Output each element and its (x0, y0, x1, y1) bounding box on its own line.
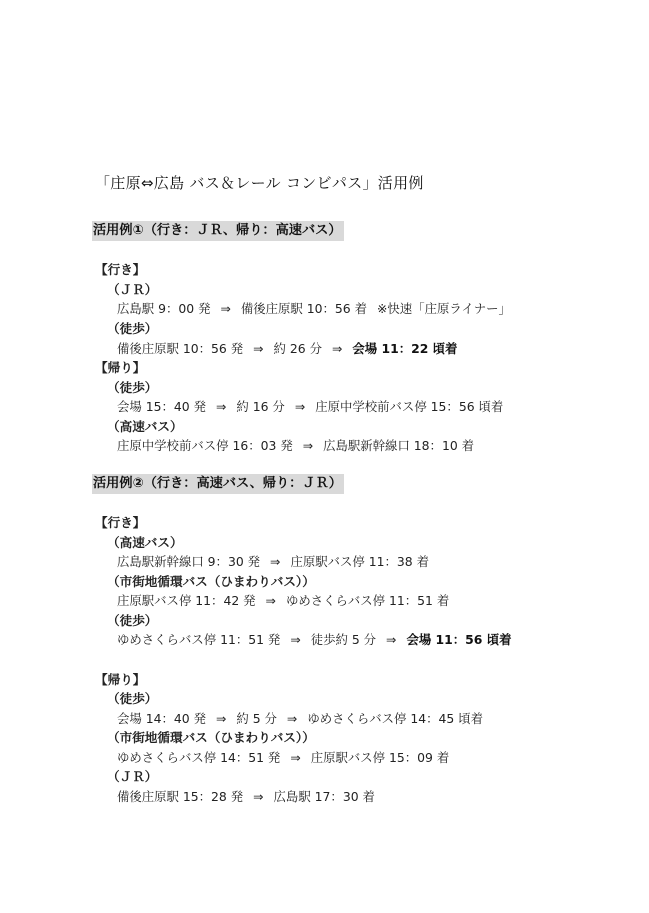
route-to: 会場 11：22 頃着 (352, 341, 457, 356)
arrow-right-icon: ⇒ (303, 438, 313, 453)
route-to: 備後庄原駅 10：56 着 (241, 301, 367, 316)
example-2-outbound-leg-1-mode: （高速バス） (107, 534, 183, 552)
example-2-outbound-leg-3-mode: （徒歩） (107, 612, 157, 630)
arrow-right-icon: ⇒ (287, 711, 297, 726)
example-1-outbound-leg-2-route: 備後庄原駅 10：56 発⇒約 26 分⇒会場 11：22 頃着 (117, 340, 457, 358)
example-1-heading: 活用例①（行き：ＪＲ、帰り：高速バス） (92, 221, 344, 241)
route-from: 備後庄原駅 15：28 発 (117, 789, 243, 804)
arrow-right-icon: ⇒ (290, 632, 300, 647)
route-duration: 徒歩約 5 分 (311, 632, 376, 647)
arrow-right-icon: ⇒ (216, 711, 226, 726)
example-2-outbound-leg-3-route: ゆめさくらバス停 11：51 発⇒徒歩約 5 分⇒会場 11：56 頃着 (117, 631, 512, 649)
example-2-return-leg-3-mode: （ＪＲ） (107, 768, 157, 786)
route-from: 庄原駅バス停 11：42 発 (117, 593, 256, 608)
arrow-right-icon: ⇒ (270, 554, 280, 569)
arrow-right-icon: ⇒ (295, 399, 305, 414)
example-2-outbound-label: 【行き】 (95, 514, 145, 532)
example-2-heading: 活用例②（行き：高速バス、帰り：ＪＲ） (92, 474, 344, 494)
example-2-return-leg-1-route: 会場 14：40 発⇒約 5 分⇒ゆめさくらバス停 14：45 頃着 (117, 710, 483, 728)
route-from: 会場 14：40 発 (117, 711, 206, 726)
example-1-outbound-leg-2-mode: （徒歩） (107, 320, 157, 338)
route-from: 広島駅新幹線口 9：30 発 (117, 554, 260, 569)
arrow-right-icon: ⇒ (332, 341, 342, 356)
example-2-return-leg-2-route: ゆめさくらバス停 14：51 発⇒庄原駅バス停 15：09 着 (117, 749, 449, 767)
route-to: 会場 11：56 頃着 (406, 632, 511, 647)
document-title: 「庄原⇔広島 バス＆レール コンビパス」活用例 (95, 172, 424, 193)
arrow-right-icon: ⇒ (216, 399, 226, 414)
example-1-outbound-leg-1-route: 広島駅 9：00 発⇒備後庄原駅 10：56 着※快速「庄原ライナー」 (117, 300, 511, 318)
arrow-right-icon: ⇒ (386, 632, 396, 647)
route-from: ゆめさくらバス停 14：51 発 (117, 750, 280, 765)
route-from: 会場 15：40 発 (117, 399, 206, 414)
arrow-right-icon: ⇒ (266, 593, 276, 608)
arrow-right-icon: ⇒ (253, 789, 263, 804)
document-page: 「庄原⇔広島 バス＆レール コンビパス」活用例 活用例①（行き：ＪＲ、帰り：高速… (0, 0, 649, 913)
route-to: 庄原駅バス停 11：38 着 (290, 554, 429, 569)
example-2-outbound-leg-2-mode: （市街地循環バス（ひまわりバス）） (107, 573, 315, 591)
arrow-right-icon: ⇒ (253, 341, 263, 356)
example-1-outbound-leg-1-mode: （ＪＲ） (107, 281, 157, 299)
route-from: 備後庄原駅 10：56 発 (117, 341, 243, 356)
example-1-return-label: 【帰り】 (95, 359, 145, 377)
example-2-outbound-leg-1-route: 広島駅新幹線口 9：30 発⇒庄原駅バス停 11：38 着 (117, 553, 429, 571)
example-2-return-leg-3-route: 備後庄原駅 15：28 発⇒広島駅 17：30 着 (117, 788, 375, 806)
route-from: 広島駅 9：00 発 (117, 301, 210, 316)
route-duration: 約 5 分 (236, 711, 277, 726)
route-to: 広島駅 17：30 着 (274, 789, 375, 804)
example-1-return-leg-2-mode: （高速バス） (107, 418, 183, 436)
route-from: ゆめさくらバス停 11：51 発 (117, 632, 280, 647)
example-1-outbound-label: 【行き】 (95, 261, 145, 279)
example-1-return-leg-1-route: 会場 15：40 発⇒約 16 分⇒庄原中学校前バス停 15：56 頃着 (117, 398, 503, 416)
example-1-return-leg-1-mode: （徒歩） (107, 379, 157, 397)
arrow-right-icon: ⇒ (220, 301, 230, 316)
route-to: ゆめさくらバス停 11：51 着 (286, 593, 449, 608)
route-duration: 約 16 分 (236, 399, 284, 414)
route-to: 庄原駅バス停 15：09 着 (311, 750, 450, 765)
example-2-return-label: 【帰り】 (95, 671, 145, 689)
route-note: ※快速「庄原ライナー」 (377, 301, 511, 316)
example-1-return-leg-2-route: 庄原中学校前バス停 16：03 発⇒広島駅新幹線口 18：10 着 (117, 437, 474, 455)
route-to: 広島駅新幹線口 18：10 着 (323, 438, 474, 453)
example-2-return-leg-2-mode: （市街地循環バス（ひまわりバス）） (107, 729, 315, 747)
arrow-right-icon: ⇒ (290, 750, 300, 765)
route-duration: 約 26 分 (274, 341, 322, 356)
route-to: ゆめさくらバス停 14：45 頃着 (307, 711, 483, 726)
route-from: 庄原中学校前バス停 16：03 発 (117, 438, 293, 453)
example-2-return-leg-1-mode: （徒歩） (107, 690, 157, 708)
example-2-outbound-leg-2-route: 庄原駅バス停 11：42 発⇒ゆめさくらバス停 11：51 着 (117, 592, 449, 610)
route-to: 庄原中学校前バス停 15：56 頃着 (315, 399, 503, 414)
